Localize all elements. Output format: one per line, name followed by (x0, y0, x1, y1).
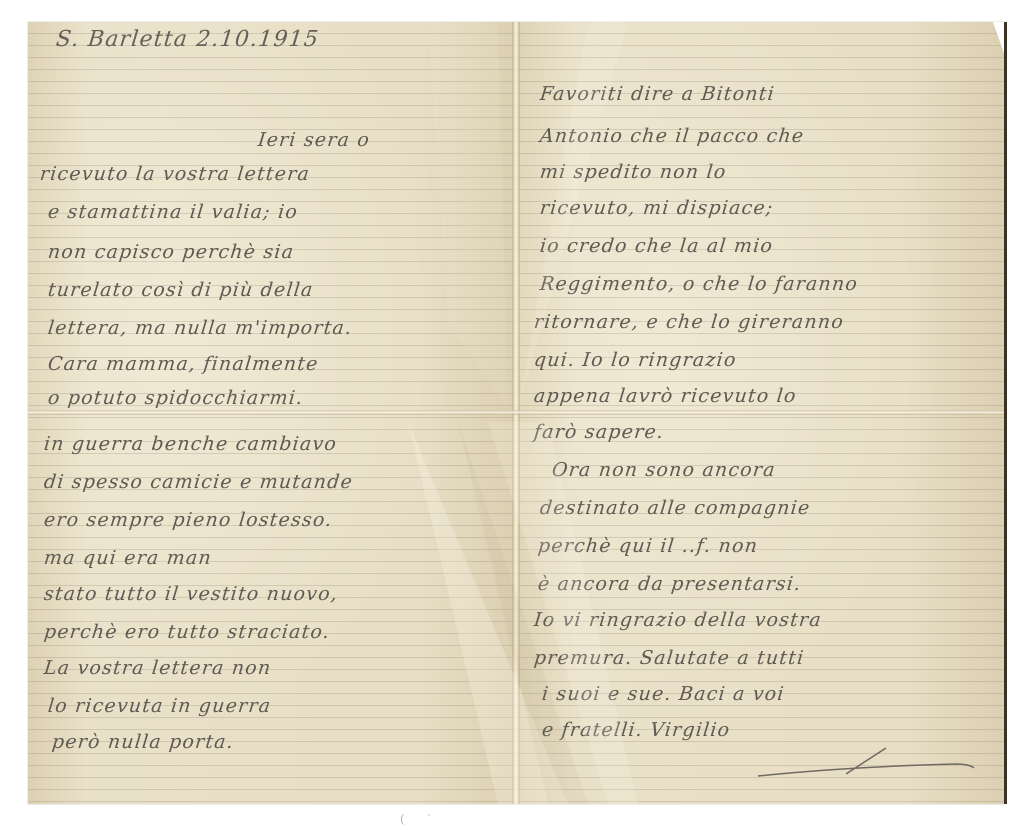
right-line-7: ritornare, e che lo gireranno (533, 310, 846, 334)
right-line-18: e fratelli. Virgilio (541, 718, 732, 742)
left-line-2: ricevuto la vostra lettera (39, 162, 312, 186)
right-line-1: Favoriti dire a Bitonti (539, 82, 776, 106)
right-line-17: i suoi e sue. Baci a voi (541, 682, 786, 706)
left-line-14: perchè ero tutto straciato. (43, 620, 332, 644)
right-line-4: ricevuto, mi dispiace; (539, 196, 775, 220)
right-line-3: mi spedito non lo (539, 160, 728, 184)
left-line-11: ero sempre pieno lostesso. (43, 508, 334, 532)
left-line-17: però nulla porta. (51, 730, 236, 754)
right-line-11: Ora non sono ancora (551, 458, 777, 482)
left-line-15: La vostra lettera non (43, 656, 273, 680)
torn-corner (993, 22, 1007, 62)
left-line-1: Ieri sera o (257, 128, 372, 152)
right-line-6: Reggimento, o che lo faranno (539, 272, 860, 296)
left-line-8: o potuto spidocchiarmi. (47, 386, 305, 410)
right-line-8: qui. Io lo ringrazio (533, 348, 738, 372)
signature-flourish (756, 740, 976, 780)
letter-sheet: S. Barletta 2.10.1915 Ieri sera o ricevu… (28, 22, 1004, 804)
left-line-6: lettera, ma nulla m'importa. (47, 316, 354, 340)
scan-artifacts: ( ′ (400, 812, 430, 826)
right-line-2: Antonio che il pacco che (539, 124, 806, 148)
right-line-13: perchè qui il ..f. non (537, 534, 760, 558)
right-line-10: farò sapere. (533, 420, 666, 444)
left-line-13: stato tutto il vestito nuovo, (43, 582, 340, 606)
right-line-16: premura. Salutate a tutti (533, 646, 806, 670)
left-line-10: di spesso camicie e mutande (43, 470, 355, 494)
right-line-12: destinato alle compagnie (539, 496, 812, 520)
right-line-15: Io vi ringrazio della vostra (533, 608, 823, 632)
left-line-16: lo ricevuta in guerra (47, 694, 273, 718)
right-line-14: è ancora da presentarsi. (537, 572, 803, 596)
right-line-9: appena lavrò ricevuto lo (533, 384, 798, 408)
left-line-4: non capisco perchè sia (47, 240, 296, 264)
horizontal-fold-crease (28, 410, 1004, 415)
left-line-3: e stamattina il valia; io (47, 200, 300, 224)
left-line-5: turelato così di più della (47, 278, 315, 302)
right-line-5: io credo che la al mio (539, 234, 775, 258)
left-line-7: Cara mamma, finalmente (47, 352, 320, 376)
letter-header: S. Barletta 2.10.1915 (55, 28, 321, 52)
left-line-9: in guerra benche cambiavo (43, 432, 339, 456)
left-line-12: ma qui era man (43, 546, 214, 570)
